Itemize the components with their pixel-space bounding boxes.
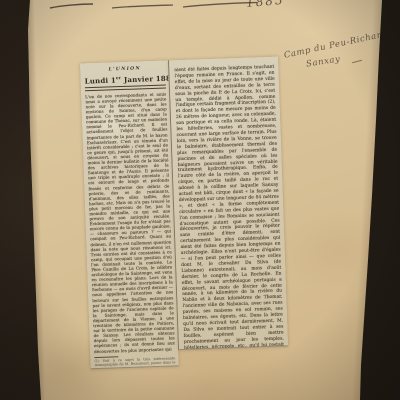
- paper-left-edge-shadow: [24, 0, 47, 400]
- article-footnote: (1) Voir à ce sujet la très intéressante…: [94, 356, 175, 369]
- pen-marks: [0, 0, 400, 16]
- date-prefix: Lundi 1: [85, 75, 117, 85]
- newspaper-masthead: L'UNION: [84, 65, 165, 73]
- article-right-column-text: aient été faites depuis longtemps toucha…: [174, 65, 284, 350]
- newspaper-dateline: Lundi 1er Janvier 1883: [84, 73, 165, 85]
- photographed-document: 1883 Camp du Peu-Richard Sanxay L'UNION …: [0, 0, 400, 400]
- pen-dash: [352, 60, 362, 63]
- paper-right-edge-shadow: [346, 0, 394, 400]
- masthead-double-rule: [85, 84, 166, 91]
- footnote-separator-rule: [94, 356, 118, 358]
- aged-paper-sheet: 1883 Camp du Peu-Richard Sanxay L'UNION …: [0, 0, 400, 400]
- article-left-column-text: L'un de nos correspondants et amis nous …: [85, 91, 175, 353]
- clipping-right-column: aient été faites depuis longtemps toucha…: [169, 57, 288, 351]
- handwritten-note-line2: Sanxay: [305, 54, 341, 69]
- newspaper-clipping: L'UNION Lundi 1er Janvier 1883 L'un de n…: [80, 57, 289, 370]
- clipping-left-column: L'UNION Lundi 1er Janvier 1883 L'un de n…: [80, 60, 179, 369]
